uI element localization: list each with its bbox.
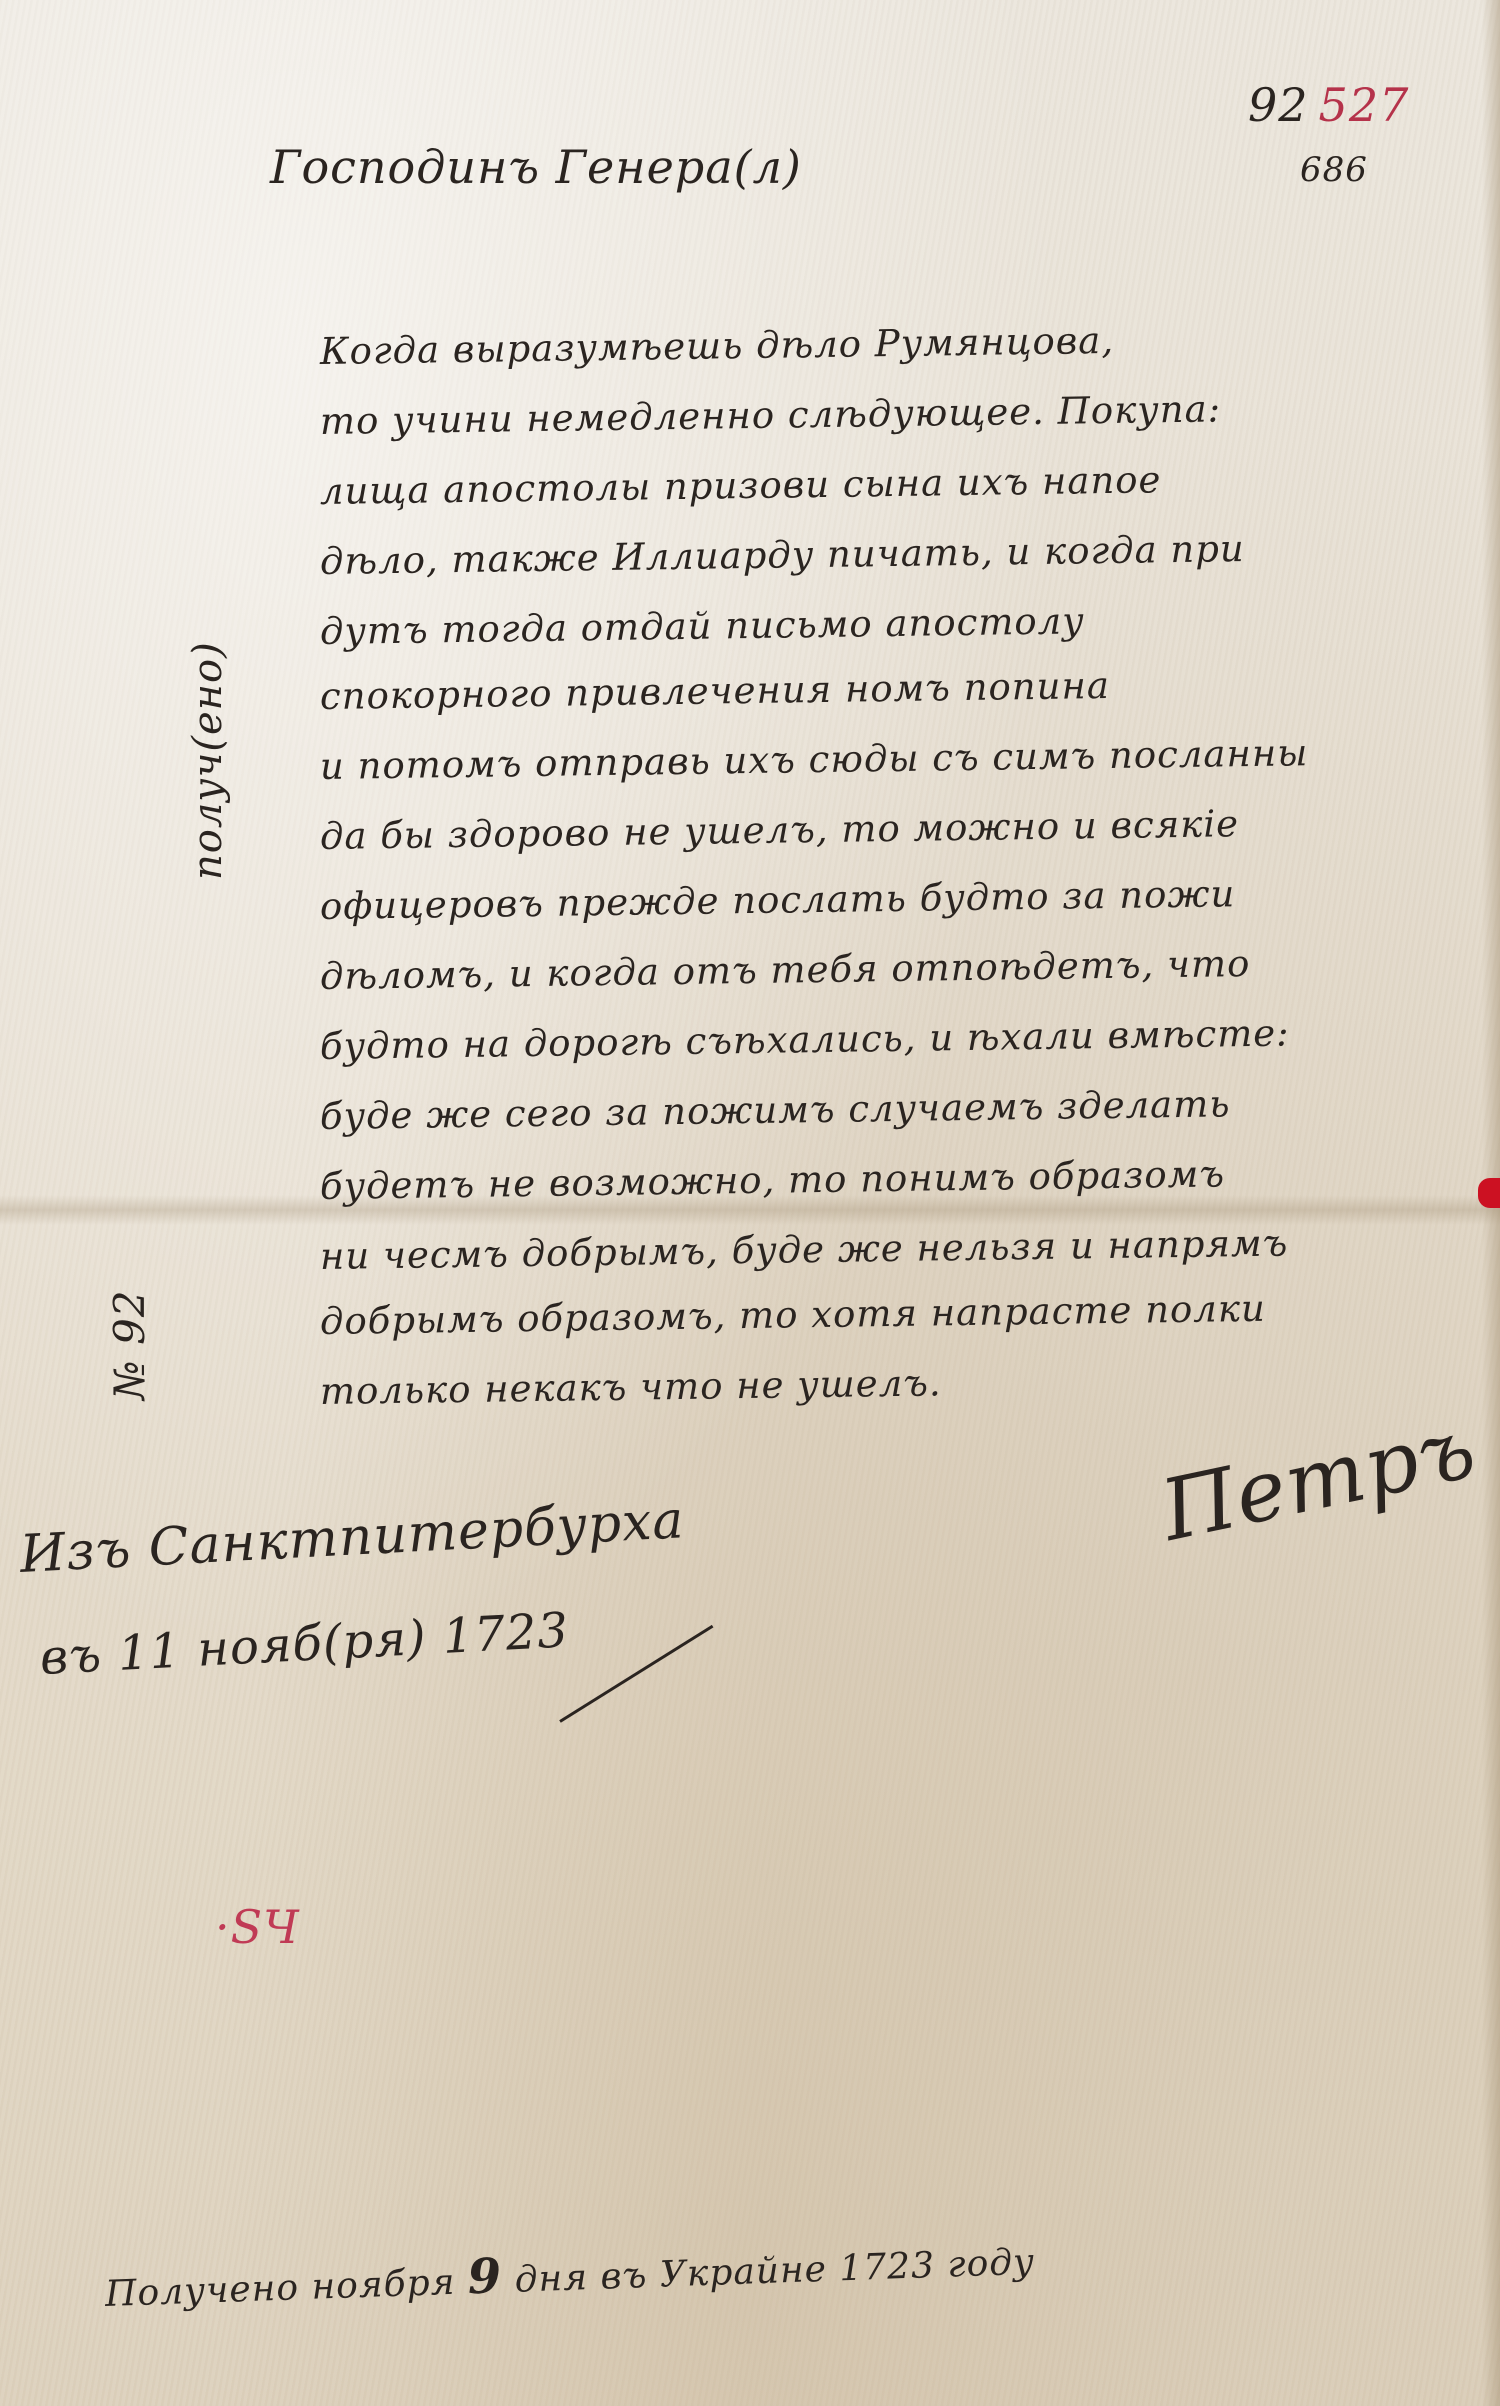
letter-date: въ 11 нояб(ря) 1723 (39, 1602, 571, 1686)
body-line: дутъ тогда отдай письмо апостолу (320, 599, 1085, 653)
body-line: дѣломъ, и когда отъ тебя отпоѣдетъ, что (320, 942, 1251, 998)
margin-note-number: № 92 (105, 1289, 154, 1400)
body-line: лища апостолы призови сына ихъ напое (320, 458, 1162, 513)
body-line: да бы здорово не ушелъ, то можно и всякі… (320, 802, 1240, 858)
body-line: то учини немедленно слѣдующее. Покупа: (320, 387, 1222, 443)
body-line: дѣло, также Иллиарду пичать, и когда при (320, 527, 1245, 583)
body-line: и потомъ отправь ихъ сюды съ симъ послан… (320, 731, 1309, 788)
archive-number-primary: 92 (1248, 78, 1309, 132)
margin-note-vertical: получ(ено) (185, 641, 231, 880)
body-line: Когда выразумѣешь дѣло Румянцова, (320, 319, 1115, 373)
place-of-writing: Изъ Санктпитербурха (18, 1490, 685, 1585)
receipt-day: 9 (467, 2248, 503, 2305)
archive-number-red: 527 (1319, 78, 1410, 132)
body-line: будто на дорогѣ съѣхались, и ѣхали вмѣст… (320, 1011, 1290, 1068)
letter-paper: Господинъ Генера(л) 92527 686 Когда выра… (0, 0, 1500, 2406)
receipt-note: Получено ноября 9 дня въ Украйне 1723 го… (104, 2230, 1036, 2318)
red-seal-fragment (1478, 1178, 1500, 1208)
archive-number: 92527 (1248, 78, 1409, 132)
receipt-note-suffix: дня въ Украйне 1723 году (514, 2242, 1036, 2301)
receipt-note-prefix: Получено ноября (104, 2262, 456, 2315)
body-line: добрымъ образомъ, то хотя напрасте полки (320, 1287, 1266, 1343)
date-flourish (559, 1625, 713, 1723)
red-archive-mark: ·SЧ (215, 1900, 300, 1954)
body-line: офицеровъ прежде послать будто за пожи (320, 872, 1236, 928)
body-line: только некакъ что не ушелъ. (320, 1361, 942, 1413)
body-line: буде же сего за пожимъ случаемъ зделать (320, 1082, 1231, 1138)
letter-address: Господинъ Генера(л) (270, 140, 802, 194)
signature: Петръ (1153, 1398, 1484, 1560)
archive-number-secondary: 686 (1300, 150, 1368, 190)
body-line: ни чесмъ добрымъ, буде же нельзя и напря… (320, 1221, 1289, 1278)
body-line: спокорного привлечения номъ попина (320, 664, 1110, 718)
